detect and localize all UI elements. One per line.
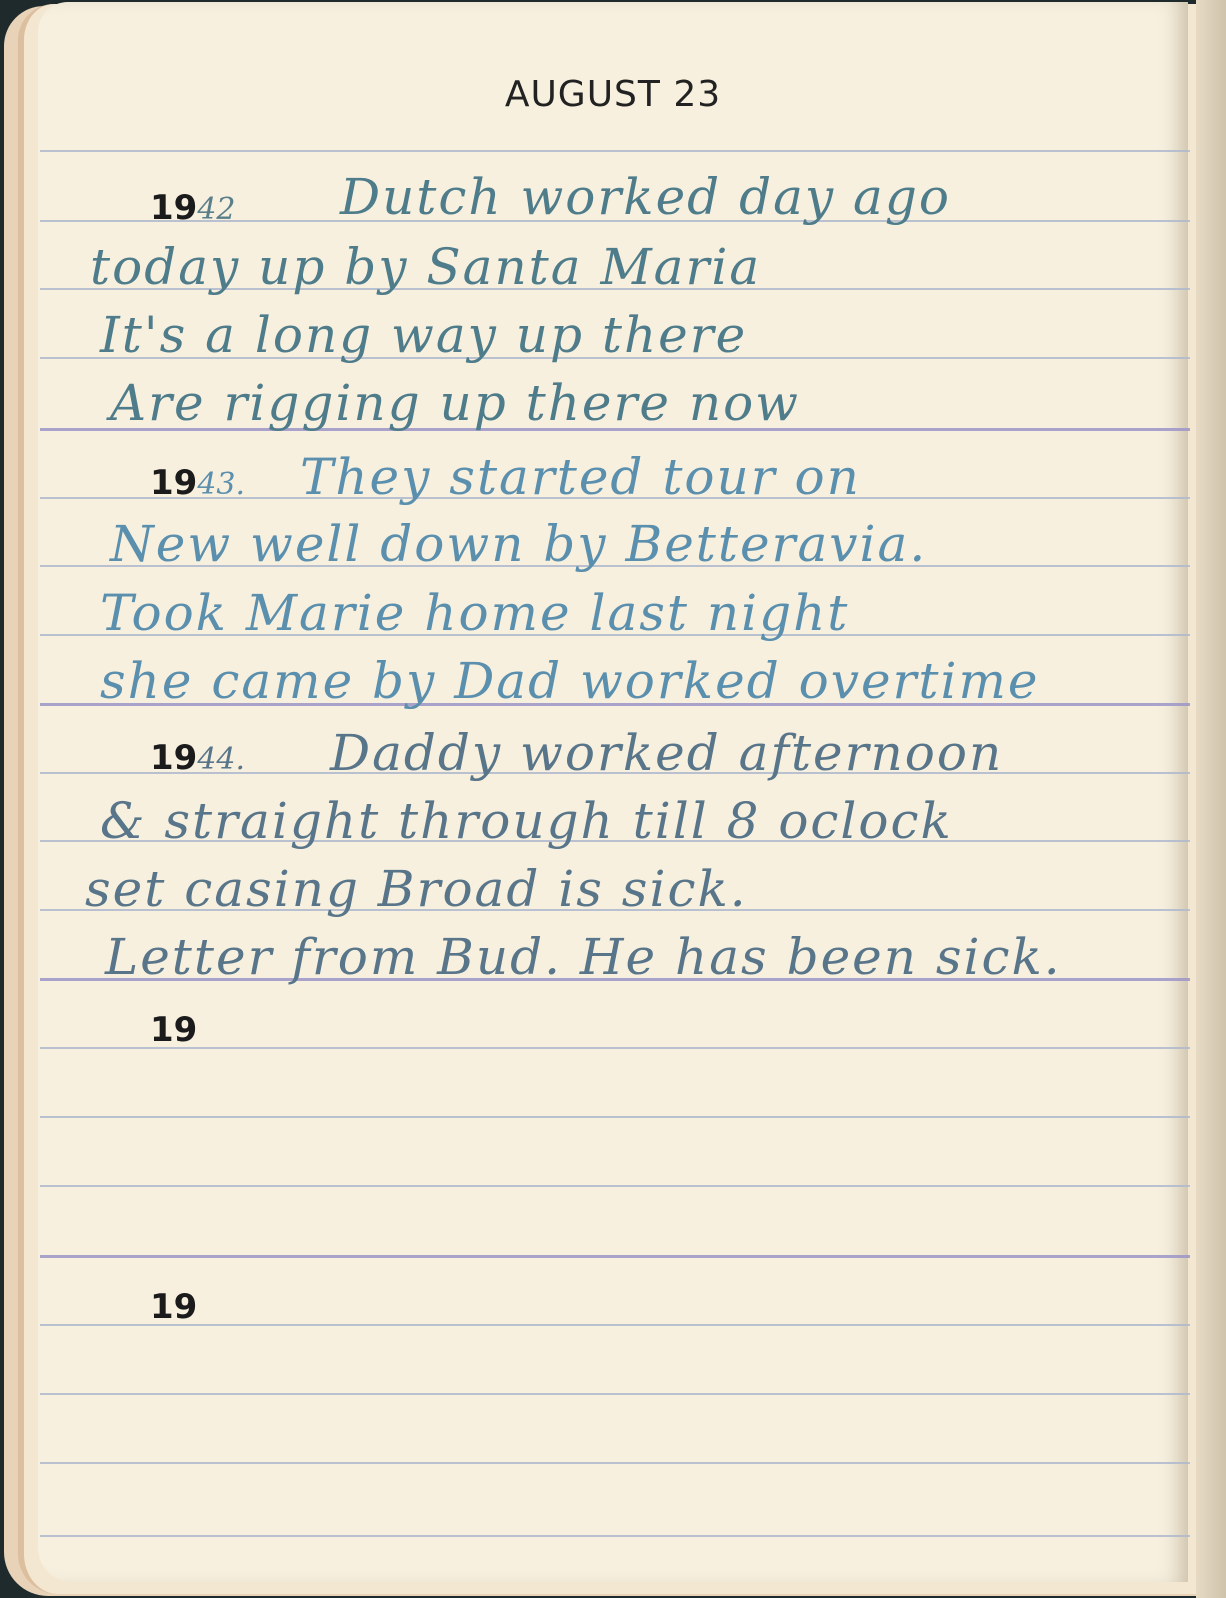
handwritten-line: Daddy worked afternoon: [330, 724, 1003, 782]
entry-year-blank: 19: [150, 1010, 197, 1050]
rule-line: [40, 1047, 1190, 1049]
rule-line: [40, 1185, 1190, 1187]
handwritten-line: They started tour on: [300, 448, 861, 506]
handwritten-line: New well down by Betteravia.: [110, 515, 927, 573]
rule-line: [40, 1393, 1190, 1395]
handwritten-line: she came by Dad worked overtime: [100, 652, 1040, 710]
entry-year: 1942: [150, 188, 236, 228]
page-date-heading: AUGUST 23: [0, 74, 1226, 115]
book-gutter: [1196, 0, 1226, 1598]
entry-year: 1943.: [150, 463, 245, 503]
rule-line: [40, 1535, 1190, 1537]
handwritten-line: set casing Broad is sick.: [85, 860, 748, 918]
rule-line: [40, 1462, 1190, 1464]
handwritten-line: Dutch worked day ago: [340, 168, 951, 226]
rule-line: [40, 1116, 1190, 1118]
handwritten-line: today up by Santa Maria: [90, 238, 761, 296]
section-divider: [40, 1255, 1190, 1258]
handwritten-line: Letter from Bud. He has been sick.: [105, 928, 1062, 986]
handwritten-line: & straight through till 8 oclock: [100, 792, 953, 850]
rule-line: [40, 1324, 1190, 1326]
entry-year: 1944.: [150, 738, 245, 778]
entry-year-blank: 19: [150, 1287, 197, 1327]
handwritten-line: Took Marie home last night: [100, 584, 849, 642]
handwritten-line: Are rigging up there now: [110, 374, 800, 432]
handwritten-line: It's a long way up there: [100, 306, 747, 364]
rule-line: [40, 150, 1190, 152]
